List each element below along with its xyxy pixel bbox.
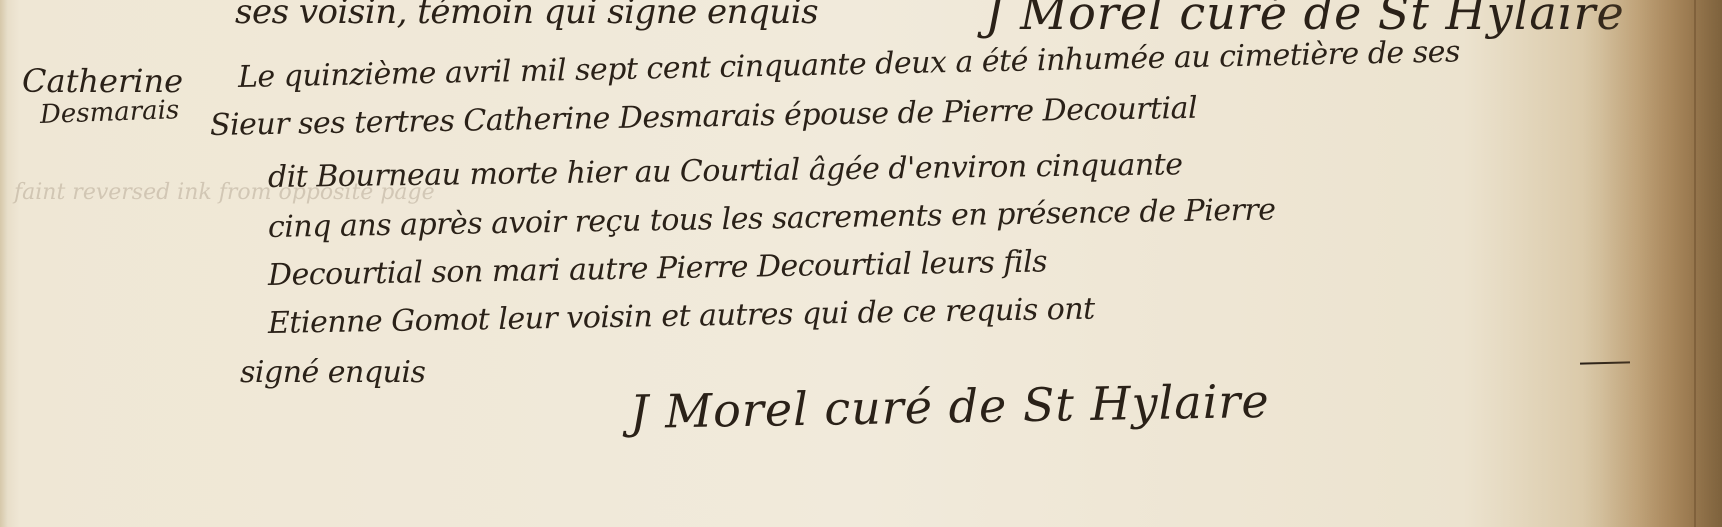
entry-line-7: signé enquis xyxy=(240,355,425,390)
previous-entry-tail: ses voisin, témoin qui signe enquis xyxy=(235,0,818,32)
previous-entry-signature: J Morel curé de St Hylaire xyxy=(985,0,1625,40)
manuscript-page: faint reversed ink from opposite page se… xyxy=(0,0,1722,527)
page-left-edge xyxy=(0,0,8,527)
entry-line-6: Etienne Gomot leur voisin et autres qui … xyxy=(268,292,1095,341)
spine-fold-line xyxy=(1694,0,1696,527)
priest-signature: J Morel curé de St Hylaire xyxy=(630,374,1271,439)
margin-name-line1: Catherine xyxy=(22,62,183,100)
entry-line-2: Sieur ses tertres Catherine Desmarais ép… xyxy=(210,91,1198,143)
entry-line-5: Decourtial son mari autre Pierre Decourt… xyxy=(268,244,1048,293)
entry-line-3: dit Bourneau morte hier au Courtial âgée… xyxy=(268,147,1183,195)
margin-name-line2: Desmarais xyxy=(39,95,179,130)
entry-line-1: Le quinzième avril mil sept cent cinquan… xyxy=(238,34,1461,95)
book-spine-shadow xyxy=(1582,0,1722,527)
